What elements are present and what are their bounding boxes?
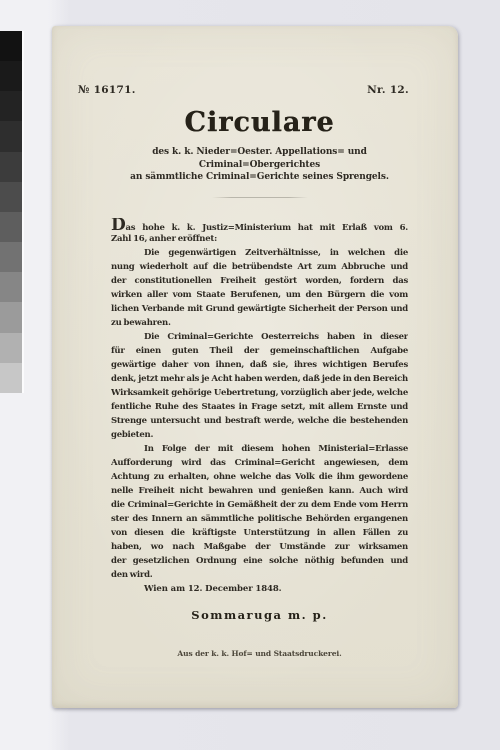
body-line: Die Criminal=Gerichte Oesterreichs haben… [111, 330, 408, 344]
body-line: für einen guten Theil der gemeinschaftli… [111, 344, 408, 358]
body-line: haben, wo nach Maßgabe der Umstände zur … [111, 540, 408, 554]
document-page: № 16171. Nr. 12. Circulare des k. k. Nie… [52, 26, 458, 708]
document-number: № 16171. [78, 84, 136, 96]
body-line: die Criminal=Gerichte in Gemäßheit der z… [111, 498, 408, 512]
calibration-step [0, 272, 22, 302]
body-line: fentliche Ruhe des Staates in Frage setz… [111, 400, 408, 414]
dateline: Wien am 12. December 1848. [111, 582, 408, 596]
body-line: nung wiederholt auf die betrübendste Art… [111, 260, 408, 274]
calibration-step [0, 31, 22, 61]
calibration-step [0, 152, 22, 182]
calibration-step [0, 242, 22, 272]
calibration-step [0, 212, 22, 242]
body-line: der constitutionellen Freiheit gestört w… [111, 274, 408, 288]
body-line: von diesen die kräftigste Unterstützung … [111, 526, 408, 540]
fold-crease-mark [212, 197, 308, 198]
calibration-step [0, 182, 22, 212]
text-column: Circulare des k. k. Nieder=Oester. Appel… [111, 104, 408, 658]
body-line: Achtung zu erhalten, ohne welche das Vol… [111, 470, 408, 484]
body-line: Das hohe k. k. Justiz=Ministerium hat mi… [111, 218, 408, 232]
body-line: Strenge untersucht und bestraft werde, w… [111, 414, 408, 428]
grayscale-calibration-strip [0, 31, 22, 393]
calibration-step [0, 333, 22, 363]
document-header: № 16171. Nr. 12. [78, 84, 409, 96]
body-line: lichen Verbande mit Grund gewärtigte Sic… [111, 302, 408, 316]
body-text: Das hohe k. k. Justiz=Ministerium hat mi… [111, 218, 408, 582]
body-line: gebieten. [111, 428, 408, 442]
scan-background: № 16171. Nr. 12. Circulare des k. k. Nie… [0, 0, 500, 750]
body-line: nelle Freiheit nicht bewahren und genieß… [111, 484, 408, 498]
body-line: zu bewahren. [111, 316, 408, 330]
body-line: wirken aller vom Staate Berufenen, um de… [111, 288, 408, 302]
body-line: der gesetzlichen Ordnung eine solche nöt… [111, 554, 408, 568]
body-line: ster des Innern an sämmtliche politische… [111, 512, 408, 526]
page-title: Circulare [111, 108, 408, 138]
issue-number: Nr. 12. [367, 84, 409, 96]
subtitle-line-2: an sämmtliche Criminal=Gerichte seines S… [111, 171, 408, 184]
body-line: Aufforderung wird das Criminal=Gericht a… [111, 456, 408, 470]
printer-imprint: Aus der k. k. Hof= und Staatsdruckerei. [111, 649, 408, 658]
calibration-step [0, 91, 22, 121]
body-line: Wirksamkeit gehörige Uebertretung, vorzü… [111, 386, 408, 400]
body-line: gewärtige daher von ihnen, daß sie, ihre… [111, 358, 408, 372]
calibration-step [0, 121, 22, 151]
body-line: In Folge der mit diesem hohen Ministeria… [111, 442, 408, 456]
calibration-step [0, 302, 22, 332]
signature: Sommaruga m. p. [111, 607, 408, 623]
body-line: denk, jetzt mehr als je Acht haben werde… [111, 372, 408, 386]
calibration-step [0, 363, 22, 393]
body-line: Die gegenwärtigen Zeitverhältnisse, in w… [111, 246, 408, 260]
subtitle-line-1: des k. k. Nieder=Oester. Appellations= u… [111, 146, 408, 171]
calibration-step [0, 61, 22, 91]
body-line: Zahl 16, anher eröffnet: [111, 232, 408, 246]
body-line: den wird. [111, 568, 408, 582]
